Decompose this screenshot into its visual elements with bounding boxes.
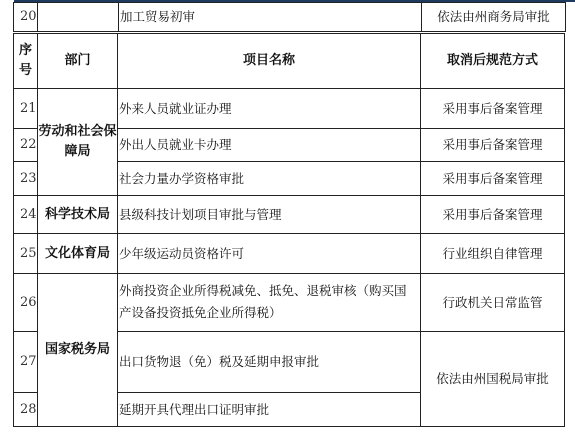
approval-items-table: 序 号 部门 项目名称 取消后规范方式 21 劳动和社会保 障局 外来人员就业证… <box>13 33 565 427</box>
row-number: 28 <box>14 393 38 427</box>
department-cell <box>38 3 119 32</box>
department-cell-tax: 国家税务局 <box>38 274 118 427</box>
header-serial-number: 序 号 <box>14 34 38 89</box>
header-item-name: 项目名称 <box>118 34 421 89</box>
row-number: 25 <box>14 234 38 274</box>
row-number: 22 <box>14 129 38 162</box>
header-row: 序 号 部门 项目名称 取消后规范方式 <box>14 34 565 89</box>
table-row: 26 国家税务局 外商投资企业所得税减免、抵免、退税审核（购买国 产设备投资抵免… <box>14 274 565 332</box>
header-department: 部门 <box>38 34 118 89</box>
regulation-mode-cell: 依法由州国税局审批 <box>421 332 565 427</box>
regulation-mode-cell: 采用事后备案管理 <box>421 89 565 129</box>
item-name-cell: 县级科技计划项目审批与管理 <box>118 196 421 234</box>
header-serial-line1: 序 <box>19 43 32 58</box>
row-number: 26 <box>14 274 38 332</box>
regulation-mode-cell: 行政机关日常监管 <box>421 274 565 332</box>
row-number: 21 <box>14 89 38 129</box>
department-labor-line1: 劳动和社会保 <box>38 124 116 139</box>
header-regulation-mode: 取消后规范方式 <box>421 34 565 89</box>
table-row: 25 文化体育局 少年级运动员资格许可 行业组织自律管理 <box>14 234 565 274</box>
item-name-cell: 外出人员就业卡办理 <box>118 129 421 162</box>
row-number: 27 <box>14 332 38 393</box>
department-labor-line2: 障局 <box>64 144 90 159</box>
previous-page-table: 20 加工贸易初审 依法由州商务局审批 <box>13 2 566 32</box>
table-row: 20 加工贸易初审 依法由州商务局审批 <box>14 3 566 32</box>
item-name-cell: 外商投资企业所得税减免、抵免、退税审核（购买国 产设备投资抵免企业所得税） <box>118 274 421 332</box>
item-name-cell: 延期开具代理出口证明审批 <box>118 393 421 427</box>
regulation-mode-cell: 采用事后备案管理 <box>421 129 565 162</box>
item-name-cell: 少年级运动员资格许可 <box>118 234 421 274</box>
regulation-mode-cell: 行业组织自律管理 <box>421 234 565 274</box>
regulation-mode-cell: 依法由州商务局审批 <box>422 3 566 32</box>
item-name-cell: 外来人员就业证办理 <box>118 89 421 129</box>
department-cell-culture: 文化体育局 <box>38 234 118 274</box>
department-cell-labor: 劳动和社会保 障局 <box>38 89 118 196</box>
table-row: 21 劳动和社会保 障局 外来人员就业证办理 采用事后备案管理 <box>14 89 565 129</box>
row-number: 23 <box>14 162 38 196</box>
item-name-cell: 社会力量办学资格审批 <box>118 162 421 196</box>
regulation-mode-cell: 采用事后备案管理 <box>421 196 565 234</box>
header-serial-line2: 号 <box>19 63 32 78</box>
row-number: 24 <box>14 196 38 234</box>
regulation-mode-cell: 采用事后备案管理 <box>421 162 565 196</box>
item-name-cell: 加工贸易初审 <box>119 3 422 32</box>
item-name-cell: 出口货物退（免）税及延期申报审批 <box>118 332 421 393</box>
table-row: 24 科学技术局 县级科技计划项目审批与管理 采用事后备案管理 <box>14 196 565 234</box>
row-number: 20 <box>14 3 38 32</box>
item-name-line1: 外商投资企业所得税减免、抵免、退税审核（购买国 <box>119 283 407 298</box>
department-cell-science: 科学技术局 <box>38 196 118 234</box>
item-name-line2: 产设备投资抵免企业所得税） <box>119 305 282 320</box>
